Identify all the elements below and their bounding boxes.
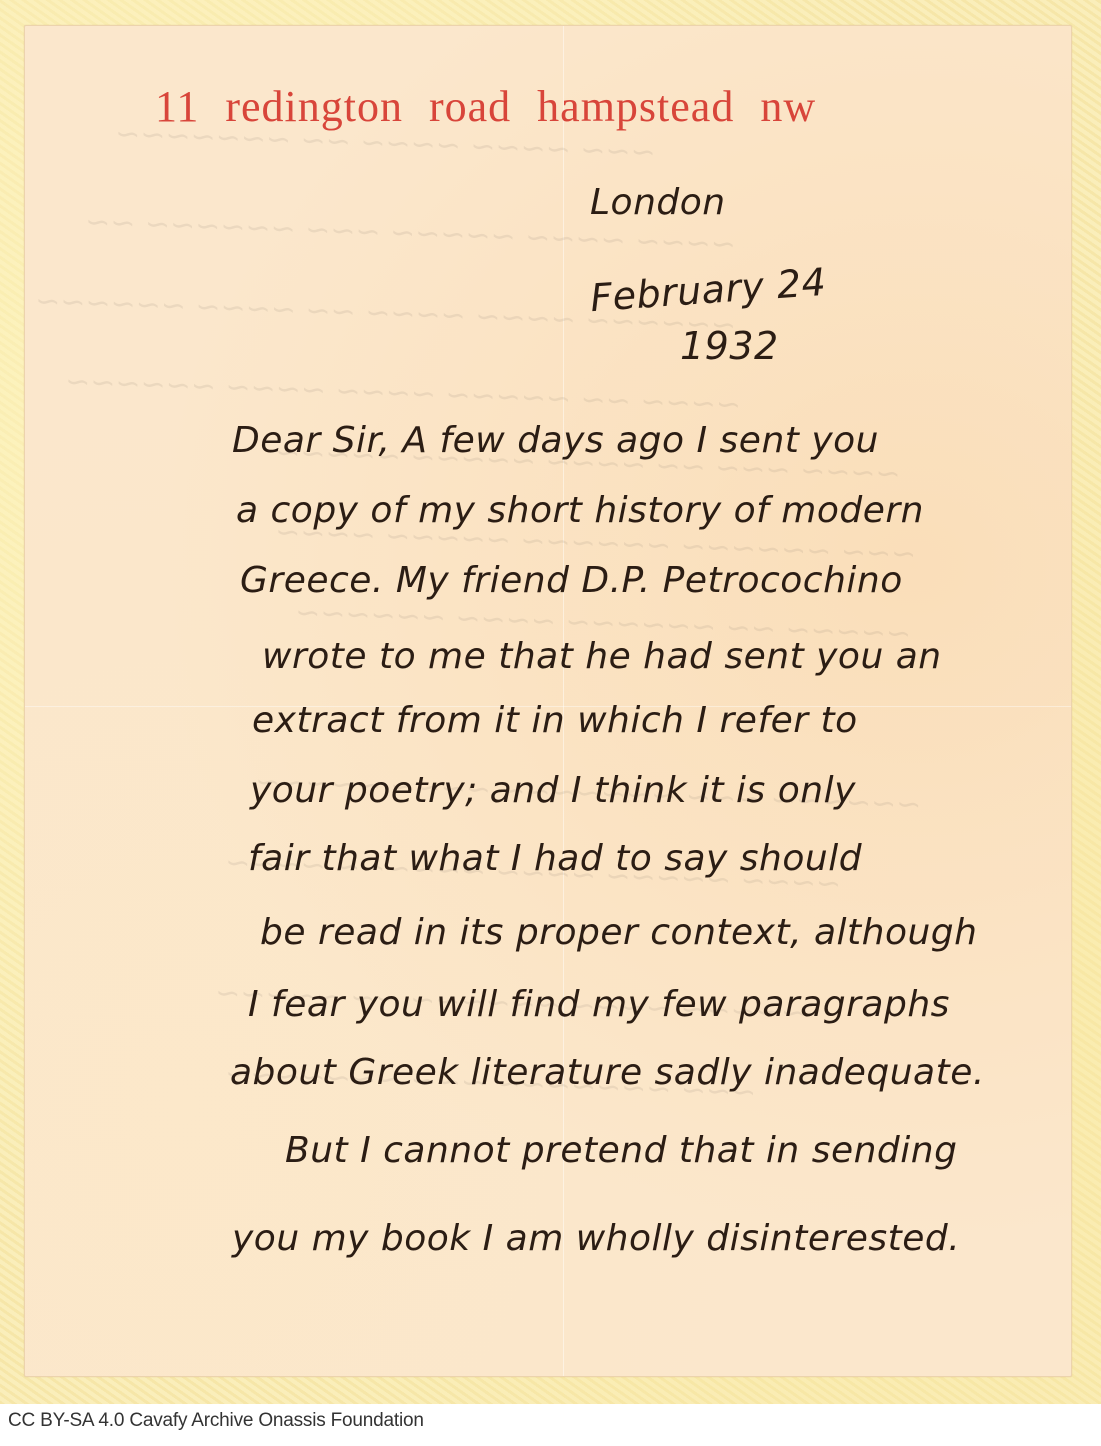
letter-line: a copy of my short history of modern [236,490,924,531]
letter-line: your poetry; and I think it is only [250,770,856,811]
letterhead-address: 11 redington road hampstead nw [155,81,955,132]
letter-line: But I cannot pretend that in sending [285,1130,957,1171]
letter-line: you my book I am wholly disinterested. [232,1218,960,1259]
letter-line: wrote to me that he had sent you an [262,636,942,677]
letter-line: I fear you will find my few paragraphs [248,984,950,1025]
letter-line: Greece. My friend D.P. Petrocochino [240,560,903,601]
letter-year: 1932 [680,324,779,368]
letter-line: extract from it in which I refer to [252,700,858,741]
letter-line: Dear Sir, A few days ago I sent you [232,420,879,461]
license-caption: CC BY-SA 4.0 Cavafy Archive Onassis Foun… [8,1410,424,1432]
scan-backing: ~~~ ~~~~ ~~~~ ~~ ~~~~~~~ ~~~~ ~~~~ ~~~~~… [0,0,1101,1404]
letter-line: be read in its proper context, although [260,912,977,953]
letter-place: London [590,182,726,223]
letter-line: fair that what I had to say should [248,838,862,879]
letter-line: about Greek literature sadly inadequate. [230,1052,985,1093]
show-through-ink: ~~~~ ~~ ~~~~~ ~~~~ ~~~~ ~~~~~~ [65,364,742,423]
